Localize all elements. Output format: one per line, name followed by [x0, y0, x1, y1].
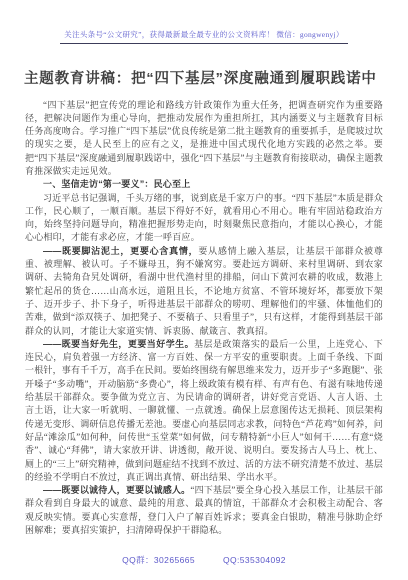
paragraph-dash-2-text: 基层是政策落实的最后一公里，上连党心、下连民心，肩负着强一方经济、富一方百姓、保…	[25, 339, 383, 482]
paragraph-quote: 习近平总书记强调，千头万绪的事，说到底是千家万户的事。“四下基层”本质是群众工作…	[25, 192, 383, 245]
section-heading-1: 一、坚信走访“第一要义”：民心至上	[25, 178, 383, 191]
document-page: 关注头条号“公文研究”，获得最新最全最专业的公文资料库！ 微信：gongweny…	[0, 0, 408, 580]
paragraph-dash-2-lead: ——既要当好先生，更要当好学生。	[43, 339, 194, 349]
qq-group-number: QQ群：30265665	[122, 555, 195, 565]
header-notice-text: 关注头条号“公文研究”，获得最新最全最专业的公文资料库！ 微信：gongweny…	[60, 29, 347, 44]
paragraph-dash-2: ——既要当好先生，更要当好学生。基层是政策落实的最后一公里，上连党心、下连民心，…	[25, 338, 383, 484]
paragraph-dash-3: ——既要以诚待人，更要以诚感人。“四下基层”要全身心投入基层工作，让基层干部群众…	[25, 484, 383, 537]
document-title: 主题教育讲稿：把“四下基层”深度融通到履职践诺中	[24, 69, 384, 91]
footer-contact: QQ群：30265665QQ:535304092	[0, 554, 408, 566]
paragraph-dash-1-text: 要从感情上融入基层，让基层干部群众被尊重、被理解、被认可。子不嫌母丑，狗不嫌窝穷…	[25, 246, 383, 336]
paragraph-dash-1: ——既要脚沾泥土，更要心含真情，要从感情上融入基层，让基层干部群众被尊重、被理解…	[25, 245, 383, 338]
header-banner: 关注头条号“公文研究”，获得最新最全最专业的公文资料库！ 微信：gongweny…	[0, 0, 408, 44]
paragraph-dash-3-lead: ——既要以诚待人，更要以诚感人。	[43, 485, 190, 495]
document-body: “四下基层”把宣传党的理论和路线方针政策作为重大任务，把调查研究作为重要路径，把…	[25, 99, 383, 538]
qq-number: QQ:535304092	[223, 555, 286, 565]
paragraph-intro: “四下基层”把宣传党的理论和路线方针政策作为重大任务，把调查研究作为重要路径，把…	[25, 99, 383, 179]
paragraph-dash-1-lead: ——既要脚沾泥土，更要心含真情，	[43, 246, 198, 256]
